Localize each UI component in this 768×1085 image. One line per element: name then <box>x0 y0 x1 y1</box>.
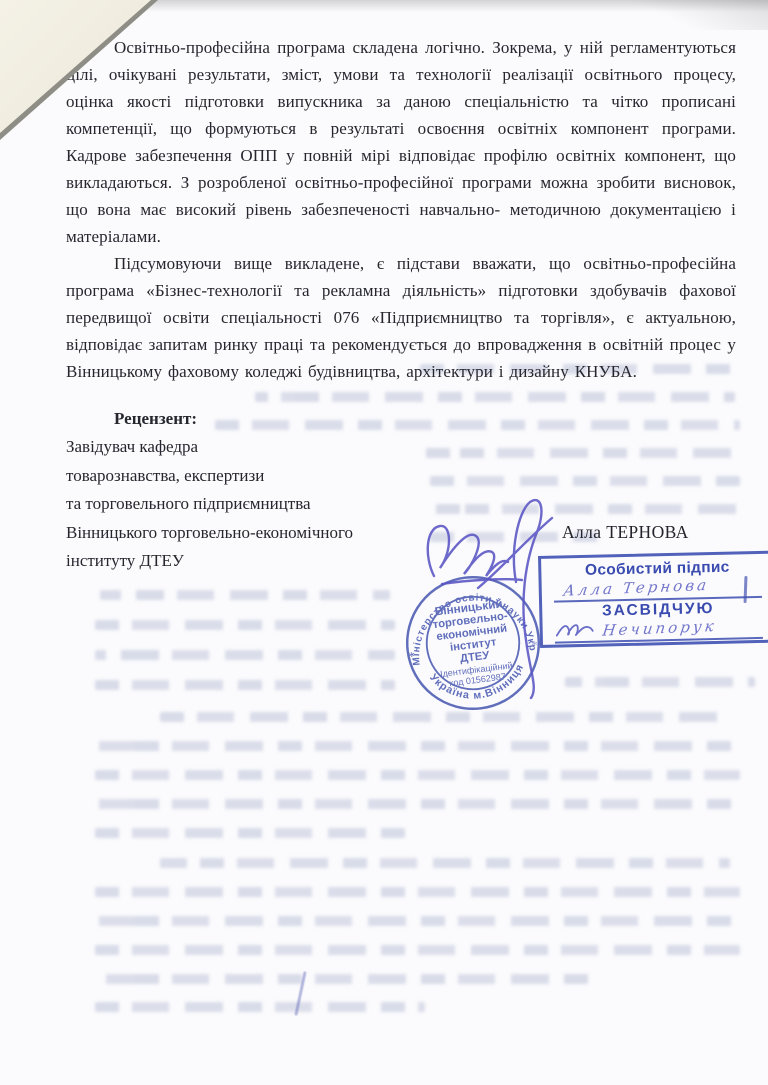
reviewer-position-line: та торговельного підприємництва <box>66 490 736 519</box>
handwritten-name-line: Алла Тернова <box>554 576 762 603</box>
bleedthrough-line <box>160 858 730 868</box>
bleedthrough-line <box>95 770 740 780</box>
bleedthrough-line <box>95 916 740 926</box>
bleedthrough-line <box>100 590 390 600</box>
document-body: Освітньо-професійна програма складена ло… <box>66 34 736 576</box>
scan-corner-shadow <box>618 0 768 30</box>
bleedthrough-line <box>565 677 755 687</box>
reviewer-position-line: Завідувач кафедра <box>66 433 736 462</box>
bleedthrough-line <box>95 887 740 897</box>
reviewer-name: Алла ТЕРНОВА <box>562 522 689 543</box>
bleedthrough-line <box>95 945 740 955</box>
bleedthrough-line <box>95 1002 425 1012</box>
paragraph-2: Підсумовуючи вище викладене, є підстави … <box>66 250 736 385</box>
scanned-page: Освітньо-професійна програма складена ло… <box>0 0 768 1085</box>
handwritten-surname-line: Нечипорук <box>554 617 762 644</box>
handwritten-surname: Нечипорук <box>601 617 718 640</box>
handwritten-signature <box>418 490 576 708</box>
reviewer-position-line: товарознавства, експертизи <box>66 462 736 491</box>
bleedthrough-line <box>95 650 395 660</box>
reviewer-heading: Рецензент: <box>66 405 736 433</box>
bleedthrough-line <box>95 974 590 984</box>
bleedthrough-line <box>95 828 405 838</box>
bleedthrough-line <box>95 620 395 630</box>
handwritten-name: Алла Тернова <box>562 576 710 600</box>
bleedthrough-line <box>95 799 740 809</box>
bleedthrough-line <box>95 680 395 690</box>
paragraph-1: Освітньо-професійна програма складена ло… <box>66 34 736 250</box>
bleedthrough-line <box>95 741 740 751</box>
